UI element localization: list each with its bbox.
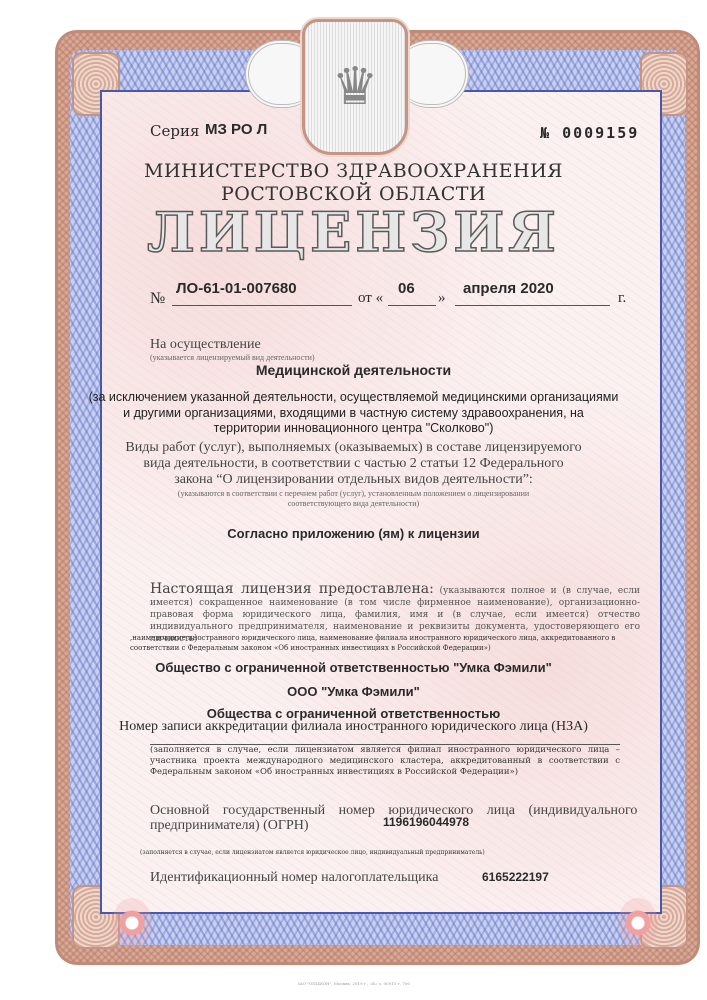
day-line bbox=[388, 305, 436, 306]
date-from-label: от « bbox=[358, 290, 383, 307]
form-number: № 0009159 bbox=[540, 124, 639, 142]
series-value: МЗ РО Л bbox=[205, 121, 267, 138]
works-label-line2: вида деятельности, в соответствии с част… bbox=[0, 456, 707, 472]
activity-value: Медицинской деятельности bbox=[0, 362, 707, 378]
month-year-line bbox=[455, 305, 610, 306]
inn-value: 6165222197 bbox=[482, 870, 549, 884]
issue-month-year: апреля 2020 bbox=[463, 280, 554, 297]
activity-exception-line2: и другими организациями, входящими в час… bbox=[0, 406, 707, 420]
works-hint-line1: (указываются в соответствии с перечнем р… bbox=[0, 489, 707, 498]
licensee-full-name: Общество с ограниченной ответственностью… bbox=[0, 660, 707, 675]
series-label: Серия bbox=[150, 122, 199, 140]
document-title: ЛИЦЕНЗИЯ bbox=[0, 200, 707, 264]
foreign-entity-hint-line2: соответствии с Федеральным законом «Об и… bbox=[130, 644, 491, 652]
printer-imprint: ЗАО "ОПЦИОН", Москва, 2019 г., «Б» з. 00… bbox=[0, 981, 707, 986]
activity-label: На осуществление bbox=[150, 337, 261, 353]
licensee-label: Настоящая лицензия предоставлена: bbox=[150, 581, 434, 597]
number-label: № bbox=[540, 124, 551, 142]
activity-exception-line3: территории инновационного центра "Сколко… bbox=[0, 421, 707, 435]
foreign-entity-hint-line1: ,наименование иностранного юридического … bbox=[130, 634, 615, 642]
inn-label: Идентификационный номер налогоплательщик… bbox=[150, 870, 438, 886]
close-quote: » bbox=[438, 290, 446, 307]
registration-number-label: № bbox=[150, 290, 165, 308]
activity-exception-line1: (за исключением указанной деятельности, … bbox=[0, 390, 707, 404]
nza-hint: (заполняется в случае, если лицензиатом … bbox=[150, 745, 620, 778]
watermark-seal-left bbox=[112, 898, 152, 948]
registration-number-line bbox=[172, 305, 352, 306]
nza-label: Номер записи аккредитации филиала иностр… bbox=[0, 719, 707, 735]
watermark-seal-right bbox=[618, 898, 658, 948]
coat-of-arms: ♛ bbox=[295, 12, 415, 162]
number-value: 0009159 bbox=[562, 124, 639, 142]
ogrn-value: 1196196044978 bbox=[383, 815, 469, 829]
ogrn-label-line2: предпринимателя) (ОГРН) bbox=[150, 818, 309, 834]
activity-hint: (указывается лицензируемый вид деятельно… bbox=[150, 353, 315, 362]
double-headed-eagle-icon: ♛ bbox=[302, 19, 408, 155]
licensee-short-name: ООО "Умка Фэмили" bbox=[0, 684, 707, 699]
works-label-line3: закона “О лицензировании отдельных видов… bbox=[0, 472, 707, 488]
works-label-line1: Виды работ (услуг), выполняемых (оказыва… bbox=[0, 440, 707, 456]
year-suffix: г. bbox=[618, 290, 626, 307]
ministry-name-line1: МИНИСТЕРСТВО ЗДРАВООХРАНЕНИЯ bbox=[0, 160, 707, 182]
issue-day: 06 bbox=[398, 280, 415, 297]
ogrn-hint: (заполняется в случае, если лицензиатом … bbox=[140, 849, 485, 856]
works-hint-line2: соответствующего вида деятельности) bbox=[0, 499, 707, 508]
registration-number: ЛО-61-01-007680 bbox=[176, 280, 297, 297]
works-value: Согласно приложению (ям) к лицензии bbox=[0, 526, 707, 541]
